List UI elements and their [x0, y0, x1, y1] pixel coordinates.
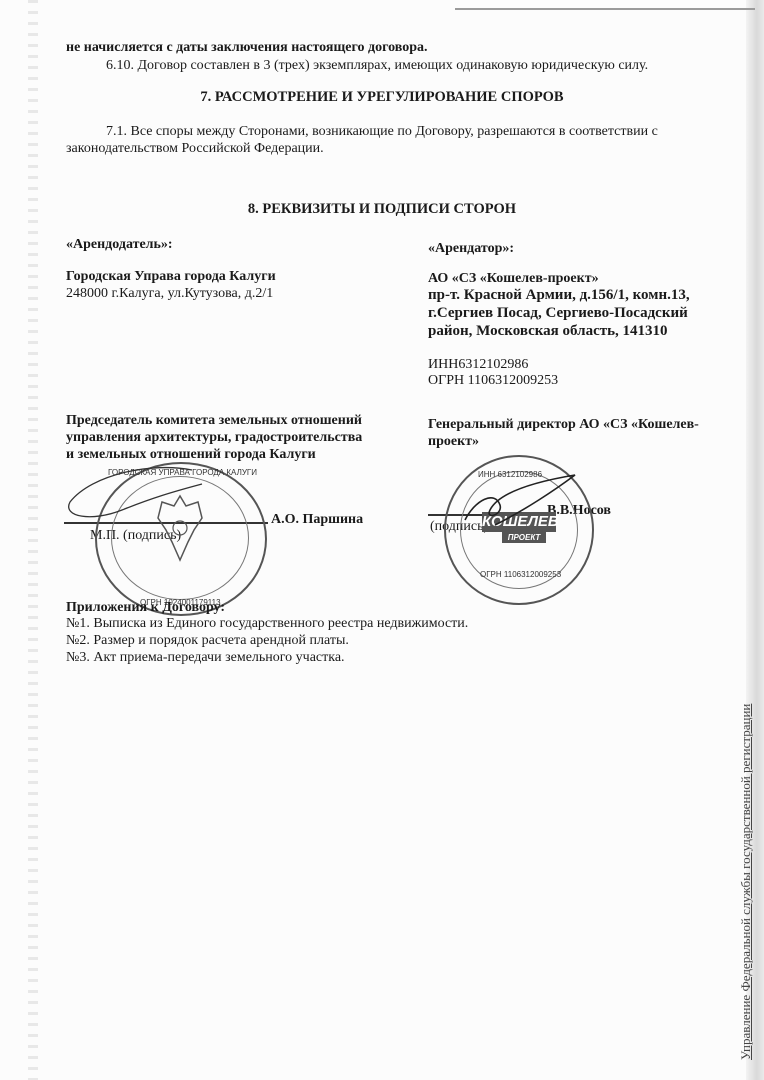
tenant-position-line1: Генеральный директор АО «СЗ «Кошелев- — [428, 416, 699, 433]
landlord-position-line1: Председатель комитета земельных отношени… — [66, 412, 362, 429]
tenant-name: АО «СЗ «Кошелев-проект» — [428, 270, 599, 287]
scan-left-edge — [28, 0, 38, 1080]
appendices-title: Приложения к Договору: — [66, 599, 225, 616]
appendix-item: №1. Выписка из Единого государственного … — [66, 615, 468, 632]
tenant-address-line3: район, Московская область, 141310 — [428, 323, 668, 340]
margin-registration-stamp: Управление Федеральной службы государств… — [738, 704, 754, 1060]
landlord-position-line3: и земельных отношений города Калуги — [66, 446, 316, 463]
tenant-signature-scribble — [455, 470, 595, 540]
appendix-item: №2. Размер и порядок расчета арендной пл… — [66, 632, 349, 649]
tenant-ogrn: ОГРН 1106312009253 — [428, 372, 558, 389]
landlord-name: Городская Управа города Калуги — [66, 268, 276, 285]
landlord-signatory: А.О. Паршина — [271, 511, 363, 528]
continuation-line: не начисляется с даты заключения настоящ… — [66, 39, 428, 56]
scan-top-line — [455, 8, 755, 10]
clause-7-1-line1: 7.1. Все споры между Сторонами, возникаю… — [106, 123, 658, 140]
tenant-address-line1: пр-т. Красной Армии, д.156/1, комн.13, — [428, 287, 690, 304]
clause-6-10: 6.10. Договор составлен в 3 (трех) экзем… — [106, 57, 648, 74]
appendix-item: №3. Акт приема-передачи земельного участ… — [66, 649, 345, 666]
tenant-stamp-ogrn: ОГРН 1106312009253 — [480, 570, 561, 579]
landlord-position-line2: управления архитектуры, градостроительст… — [66, 429, 362, 446]
tenant-position-line2: проект» — [428, 433, 479, 450]
tenant-address-line2: г.Сергиев Посад, Сергиево-Посадский — [428, 305, 688, 322]
document-page: не начисляется с даты заключения настоящ… — [0, 0, 764, 1080]
landlord-role: «Арендодатель»: — [66, 236, 173, 253]
landlord-signature-scribble — [62, 462, 212, 532]
section-8-title: 8. РЕКВИЗИТЫ И ПОДПИСИ СТОРОН — [0, 201, 764, 218]
section-7-title: 7. РАССМОТРЕНИЕ И УРЕГУЛИРОВАНИЕ СПОРОВ — [0, 89, 764, 106]
tenant-inn: ИНН6312102986 — [428, 356, 528, 373]
tenant-role: «Арендатор»: — [428, 240, 514, 257]
clause-7-1-line2: законодательством Российской Федерации. — [66, 140, 324, 157]
landlord-address: 248000 г.Калуга, ул.Кутузова, д.2/1 — [66, 285, 273, 302]
